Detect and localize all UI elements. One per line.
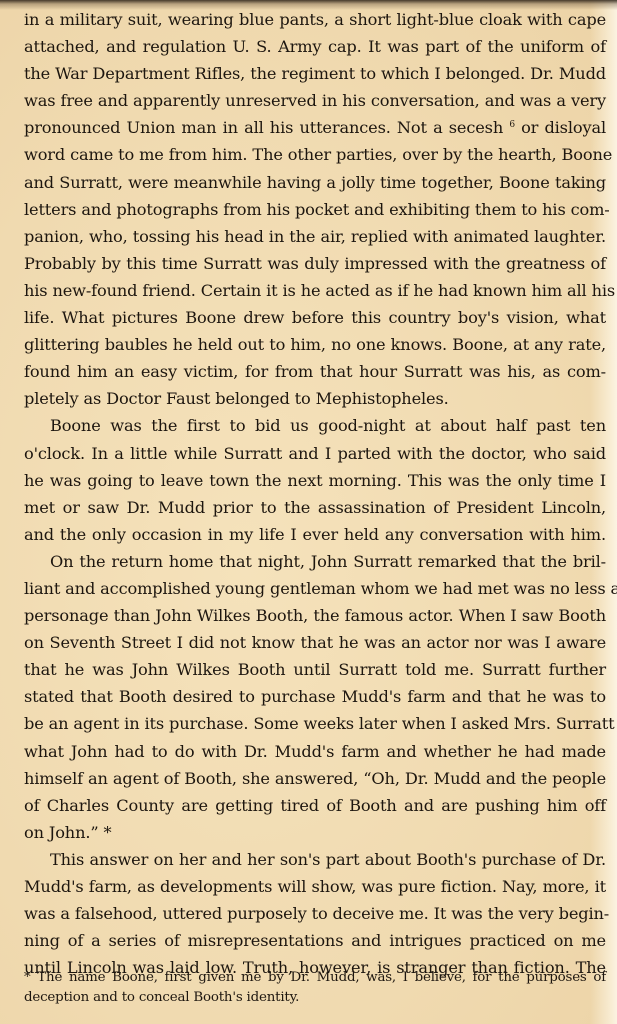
- footnote-line: deception and to conceal Booth's identit…: [24, 988, 606, 1008]
- text-line: pronounced Union man in all his utteranc…: [24, 114, 606, 141]
- text-segment: pronounced Union man in all his utteranc…: [24, 118, 503, 137]
- text-line: life. What pictures Boone drew before th…: [24, 304, 606, 331]
- text-line: what John had to do with Dr. Mudd's farm…: [24, 738, 606, 765]
- text-line: attached, and regulation U. S. Army cap.…: [24, 33, 606, 60]
- text-line: in a military suit, wearing blue pants, …: [24, 6, 606, 33]
- text-line: himself an agent of Booth, she answered,…: [24, 765, 606, 792]
- paragraph: This answer on her and her son's part ab…: [24, 846, 606, 981]
- text-line: the War Department Rifles, the regiment …: [24, 60, 606, 87]
- footnote: * The name Boone, first given me by Dr. …: [24, 968, 606, 1008]
- text-line: panion, who, tossing his head in the air…: [24, 223, 606, 250]
- text-line: letters and photographs from his pocket …: [24, 196, 606, 223]
- text-line: be an agent in its purchase. Some weeks …: [24, 710, 606, 737]
- text-line: was a falsehood, uttered purposely to de…: [24, 900, 606, 927]
- text-segment: or disloyal: [521, 118, 606, 137]
- text-line: found him an easy victim, for from that …: [24, 358, 606, 385]
- text-line: stated that Booth desired to purchase Mu…: [24, 683, 606, 710]
- text-line: o'clock. In a little while Surratt and I…: [24, 440, 606, 467]
- text-line: liant and accomplished young gentleman w…: [24, 575, 606, 602]
- footnote-reference: 6: [509, 120, 515, 130]
- text-line: on John.” *: [24, 819, 606, 846]
- paragraph: On the return home that night, John Surr…: [24, 548, 606, 846]
- text-line: word came to me from him. The other part…: [24, 141, 606, 168]
- text-line: Boone was the first to bid us good-night…: [24, 412, 606, 439]
- text-line: his new-found friend. Certain it is he a…: [24, 277, 606, 304]
- text-line: and the only occasion in my life I ever …: [24, 521, 606, 548]
- body-text: in a military suit, wearing blue pants, …: [24, 6, 606, 981]
- text-line: met or saw Dr. Mudd prior to the assassi…: [24, 494, 606, 521]
- text-line: was free and apparently unreserved in hi…: [24, 87, 606, 114]
- text-line: of Charles County are getting tired of B…: [24, 792, 606, 819]
- text-line: pletely as Doctor Faust belonged to Meph…: [24, 385, 606, 412]
- text-line: personage than John Wilkes Booth, the fa…: [24, 602, 606, 629]
- text-line: he was going to leave town the next morn…: [24, 467, 606, 494]
- text-line: that he was John Wilkes Booth until Surr…: [24, 656, 606, 683]
- paragraph: Boone was the first to bid us good-night…: [24, 412, 606, 547]
- paragraph: in a military suit, wearing blue pants, …: [24, 6, 606, 412]
- text-line: on Seventh Street I did not know that he…: [24, 629, 606, 656]
- text-line: ning of a series of misrepresentations a…: [24, 927, 606, 954]
- text-line: This answer on her and her son's part ab…: [24, 846, 606, 873]
- text-line: Probably by this time Surratt was duly i…: [24, 250, 606, 277]
- text-line: and Surratt, were meanwhile having a jol…: [24, 169, 606, 196]
- book-page: in a military suit, wearing blue pants, …: [0, 0, 617, 1024]
- text-line: glittering baubles he held out to him, n…: [24, 331, 606, 358]
- text-line: Mudd's farm, as developments will show, …: [24, 873, 606, 900]
- footnote-line: * The name Boone, first given me by Dr. …: [24, 968, 606, 988]
- text-line: On the return home that night, John Surr…: [24, 548, 606, 575]
